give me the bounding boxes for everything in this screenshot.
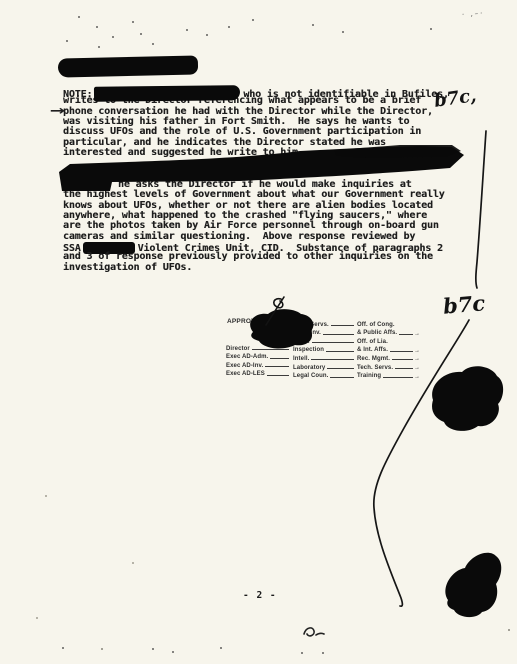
stamp-row: Laboratory <box>293 362 355 371</box>
stamp-row: Inspection <box>293 345 355 354</box>
handwritten-b7c-exemption-middle: b7c <box>442 290 486 319</box>
scanner-noise-specks <box>0 0 2 2</box>
body-line: interested and suggested he write to him <box>63 148 463 158</box>
stamp-label: & Public Affs. <box>357 330 397 336</box>
arrow-tick-icon: → <box>414 331 420 337</box>
arrow-tick-icon: → <box>414 356 420 362</box>
fill-line <box>326 351 354 352</box>
stamp-row: Off. of Cong. <box>357 319 420 328</box>
stamp-column-executives: Director Exec AD-Adm. Exec AD-Inv. Exec … <box>226 343 290 377</box>
stamp-label: Legal Coun. <box>293 373 328 379</box>
redaction-inline-name <box>94 85 240 102</box>
fill-line <box>270 358 289 359</box>
fill-line <box>312 342 354 343</box>
fill-line <box>392 359 413 360</box>
stamp-label: Tech. Servs. <box>357 365 393 371</box>
stamp-label: Director <box>226 346 250 352</box>
paragraph-2: he asks the Director if he would make in… <box>63 180 473 273</box>
stamp-label: Off. of Lia. <box>357 339 388 345</box>
handwritten-curve-line <box>476 131 486 288</box>
redaction-blob-right-lower <box>445 553 501 617</box>
stamp-column-offices: Off. of Cong. & Public Affs.→ Off. of Li… <box>357 319 420 379</box>
page-number: - 2 - <box>243 590 277 601</box>
margin-arrow-icon: → <box>50 104 65 119</box>
stamp-row: Off. of Lia. <box>357 336 420 345</box>
stamp-row: & Int. Affs.→ <box>357 345 420 354</box>
stamp-label: Rec. Mgmt. <box>357 356 390 362</box>
stamp-label: Training <box>357 373 381 379</box>
stamp-column-divisions: Adm. Servs. Crim. Inv. Ident. Inspection… <box>293 319 355 379</box>
stamp-row: Exec AD-Adm. <box>226 352 290 361</box>
fill-line <box>265 366 289 367</box>
corner-ink-marks: · ‚–· <box>462 9 485 19</box>
fill-line <box>399 334 413 335</box>
fill-line <box>267 375 289 376</box>
fill-line <box>330 377 354 378</box>
stamp-label: Exec AD-Inv. <box>226 363 263 369</box>
fill-line <box>323 334 354 335</box>
stamp-row: Tech. Servs.→ <box>357 362 420 371</box>
arrow-tick-icon: → <box>414 365 420 371</box>
fill-line <box>390 351 413 352</box>
paragraph-1: NOTE:who is not identifiable in Bufiles,… <box>63 86 463 158</box>
stamp-row: Director <box>226 343 290 352</box>
approved-label: APPROVED: <box>227 318 267 325</box>
stamp-label: Exec AD-Adm. <box>226 354 268 360</box>
fbi-routing-stamp: APPROVED: Director Exec AD-Adm. Exec AD-… <box>225 317 421 381</box>
stamp-row: Intell. <box>293 353 355 362</box>
ink-scribble <box>304 628 324 636</box>
stamp-row: Training→ <box>357 371 420 380</box>
stamp-label: Ident. <box>293 339 310 345</box>
redaction-blob-right-upper <box>432 366 503 431</box>
arrow-tick-icon: → <box>414 348 420 354</box>
stamp-row: Crim. Inv. <box>293 328 355 337</box>
stamp-row: Rec. Mgmt.→ <box>357 353 420 362</box>
stamp-row: Exec AD-Inv. <box>226 360 290 369</box>
fill-line <box>395 368 413 369</box>
stamp-label: Off. of Cong. <box>357 322 395 328</box>
fill-line <box>331 325 354 326</box>
arrow-tick-icon: → <box>414 374 420 380</box>
fill-line <box>311 359 354 360</box>
stamp-row: Ident. <box>293 336 355 345</box>
redaction-bar-top <box>58 55 198 77</box>
fill-line <box>327 368 354 369</box>
body-line: investigation of UFOs. <box>63 263 473 273</box>
stamp-label: Inspection <box>293 347 324 353</box>
fill-line <box>383 377 413 378</box>
stamp-label: Exec AD-LES <box>226 371 265 377</box>
stamp-label: Intell. <box>293 356 309 362</box>
stamp-label: Laboratory <box>293 365 325 371</box>
scanned-document-page: · ‚–· NOTE:who is not identifiable in Bu… <box>0 0 517 664</box>
stamp-label: Adm. Servs. <box>293 322 329 328</box>
body-line: cameras and similar questioning. Above r… <box>63 232 473 242</box>
stamp-row: Adm. Servs. <box>293 319 355 328</box>
stamp-row: Legal Coun. <box>293 371 355 380</box>
fill-line <box>252 349 289 350</box>
stamp-row: & Public Affs.→ <box>357 328 420 337</box>
stamp-label: & Int. Affs. <box>357 347 388 353</box>
stamp-label: Crim. Inv. <box>293 330 321 336</box>
handwritten-b7c-exemption-top: b7c, <box>433 85 478 112</box>
stamp-row: Exec AD-LES <box>226 369 290 378</box>
